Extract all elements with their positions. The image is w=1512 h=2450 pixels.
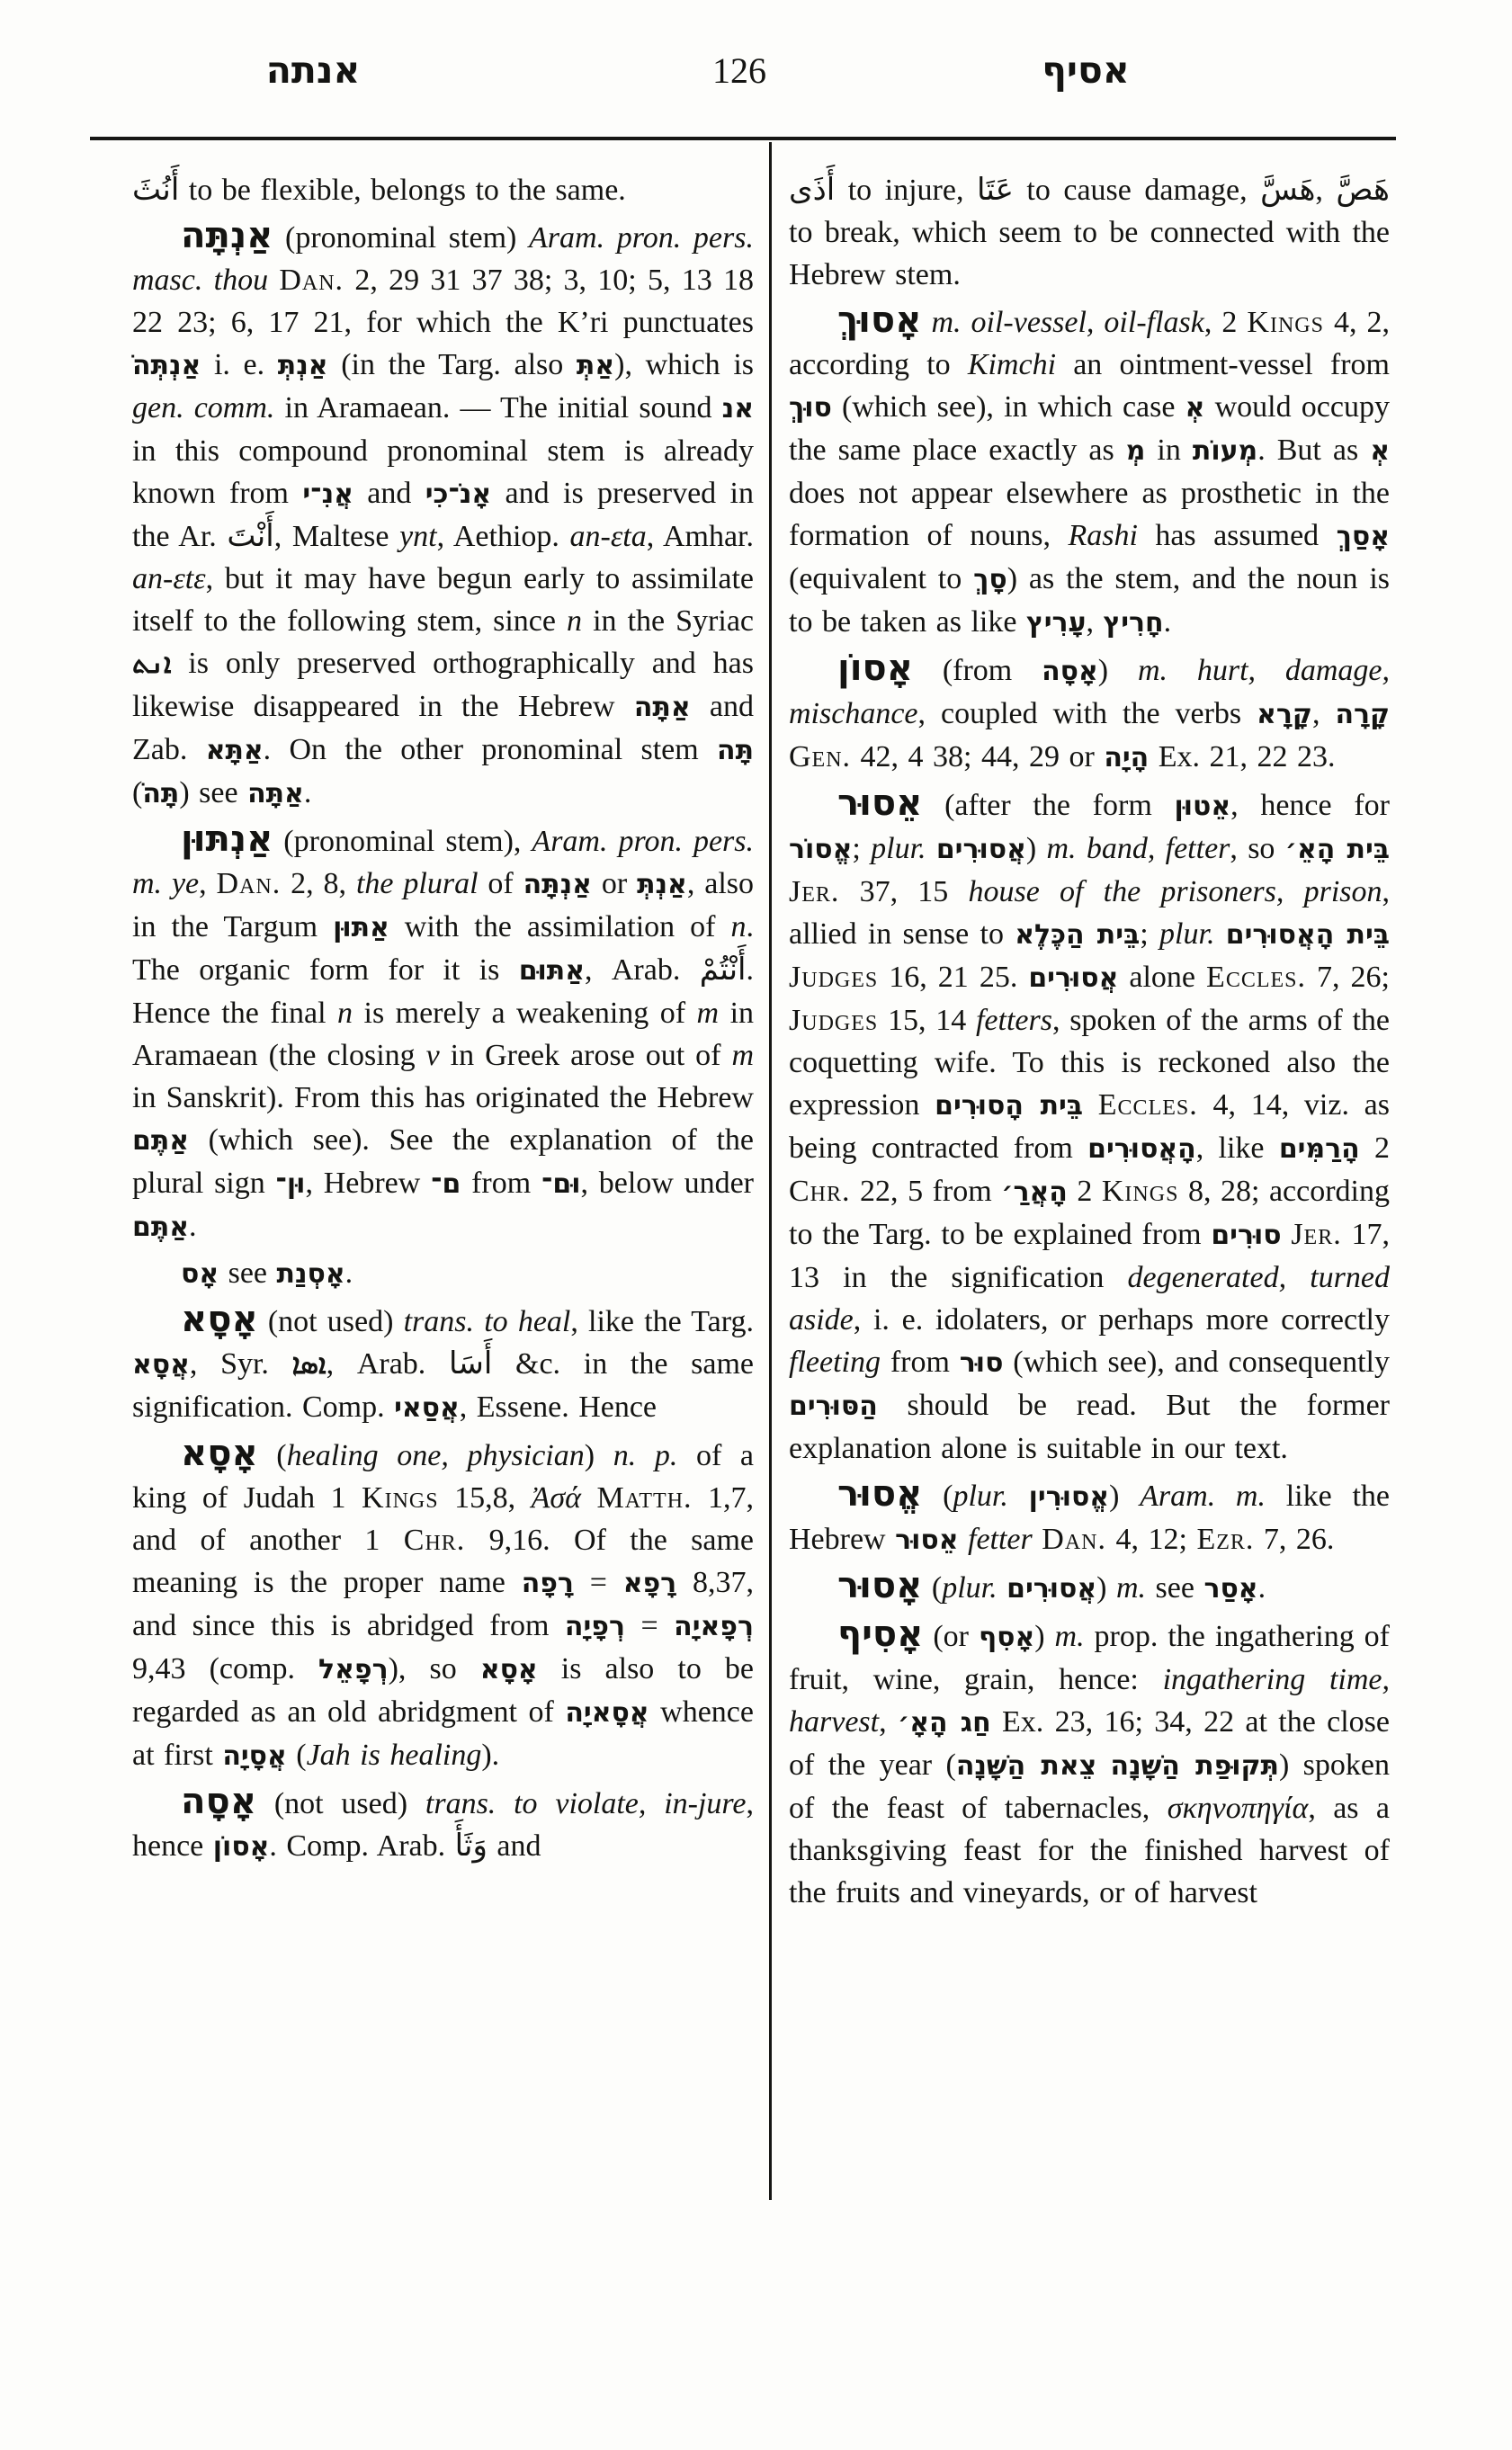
text-run: , xyxy=(879,1705,898,1739)
text-run: ; xyxy=(852,832,871,865)
hebrew-headword: אָסוֹן xyxy=(837,648,913,689)
hebrew-headword: אָסִיף xyxy=(837,1614,923,1655)
hebrew-text: תְּקוּפַת הַשָּׁנָה xyxy=(1111,1750,1279,1782)
hebrew-text: רָפָא xyxy=(623,1568,676,1599)
italic-text: an-εta xyxy=(570,520,647,553)
bible-reference: Kings xyxy=(362,1481,439,1515)
text-run: ) see xyxy=(179,776,247,809)
italic-text: Rashi xyxy=(1068,519,1137,552)
italic-text: Kimchi xyxy=(968,348,1056,381)
italic-text: fetters xyxy=(976,1004,1052,1037)
text-run: in Greek arose out of xyxy=(440,1039,732,1072)
text-run xyxy=(1008,1480,1029,1513)
text-run: in Sanskrit). From this has originated t… xyxy=(132,1081,754,1114)
text-run: , Aethiop. xyxy=(437,520,570,553)
hebrew-text: אַנְתָּה xyxy=(523,869,592,900)
text-run: (not used) xyxy=(258,1305,404,1338)
text-run: . xyxy=(304,776,312,809)
text-run: , Syr. xyxy=(190,1347,292,1381)
text-run: . xyxy=(345,1256,353,1290)
italic-text: m. xyxy=(1055,1620,1085,1653)
hebrew-text: אַתָּה xyxy=(247,778,304,809)
dictionary-entry: אַנְתּוּן (pronominal stem), Aram. pron.… xyxy=(132,818,754,1248)
bible-reference: Eccles. xyxy=(1098,1088,1198,1122)
hebrew-text: רָפָה xyxy=(522,1568,574,1599)
hebrew-text: אַנְתְּ xyxy=(278,350,328,381)
text-run: ). xyxy=(481,1739,499,1772)
hebrew-text: אָסַר xyxy=(1203,1573,1257,1605)
text-run: an ointment-vessel from xyxy=(1056,348,1390,381)
hebrew-text: קָרָה xyxy=(1335,699,1390,730)
dictionary-entry: אָסוֹן (from אָסָה) m. hurt, damage, mis… xyxy=(789,648,1390,779)
hebrew-text: אְ xyxy=(1185,392,1205,424)
italic-text: plur. xyxy=(953,1480,1007,1513)
syriac-text: ܐܣܐ xyxy=(292,1349,327,1381)
text-run: , Essene. Hence xyxy=(460,1390,657,1424)
bible-reference: Dan. xyxy=(279,264,344,297)
hebrew-text: אָס xyxy=(181,1258,219,1290)
column-divider xyxy=(769,142,772,2200)
bible-reference: Kings xyxy=(1247,306,1324,339)
text-run: 37, 15 xyxy=(839,875,968,908)
text-run: , xyxy=(1315,174,1336,207)
text-run: and xyxy=(353,477,425,510)
hebrew-headword: אָסָא xyxy=(181,1433,258,1474)
arabic-text: أَنُثَ xyxy=(132,172,179,208)
hebrew-text: אֱסוֹר xyxy=(789,834,852,865)
bible-reference: Judges xyxy=(789,1004,878,1037)
bible-reference: Kings xyxy=(1102,1175,1179,1208)
hebrew-text: אֲסַאי xyxy=(394,1392,460,1424)
arabic-text: هَسَّ xyxy=(1260,172,1315,208)
hebrew-text: חָרִיץ xyxy=(1103,607,1163,639)
running-head-right: אסיף xyxy=(991,43,1180,97)
hebrew-text: הָרַמִּים xyxy=(1279,1133,1360,1165)
italic-text: healing one, physician xyxy=(287,1439,585,1472)
dictionary-entry: אַנְתָּה (pronominal stem) Aram. pron. p… xyxy=(132,215,754,815)
text-run: ) xyxy=(1098,654,1138,687)
hebrew-text: אָסַךְ xyxy=(1337,521,1390,552)
greek-text: Ἀσά xyxy=(532,1481,581,1515)
italic-text: trans. to violate, in-jure xyxy=(425,1787,747,1820)
hebrew-text: אֲסוּרִים xyxy=(936,834,1026,865)
text-run: ( xyxy=(132,776,142,809)
italic-text: fetter xyxy=(968,1523,1033,1556)
bible-reference: Eccles. xyxy=(1206,961,1306,994)
text-run: . Comp. Arab. xyxy=(269,1829,454,1863)
text-run: see xyxy=(1146,1571,1203,1605)
hebrew-text: וּן־ xyxy=(276,1168,306,1200)
hebrew-text: הָיָה xyxy=(1104,742,1149,773)
italic-text: m. oil-vessel, oil-flask xyxy=(931,306,1203,339)
hebrew-text: רְפָיָה xyxy=(565,1611,625,1642)
text-run: alone xyxy=(1118,961,1206,994)
hebrew-text: קָרָא xyxy=(1257,699,1312,730)
italic-text: ν xyxy=(426,1039,440,1072)
text-run: ) xyxy=(585,1439,613,1472)
syriac-text: ܐܢܬ xyxy=(132,648,171,680)
text-run: 2 xyxy=(1360,1131,1390,1165)
text-run: should be read. But the former explanati… xyxy=(789,1389,1390,1465)
dictionary-entry: אָס see אָסְנַת. xyxy=(132,1252,754,1295)
greek-text: σκηνοπηγία xyxy=(1168,1792,1309,1825)
italic-text: plur. xyxy=(1159,917,1214,951)
text-run: ( xyxy=(922,1480,953,1513)
text-run: (which see), in which case xyxy=(832,390,1185,424)
bible-reference: Dan. xyxy=(1042,1523,1106,1556)
text-run: , so xyxy=(1230,832,1284,865)
text-run: . xyxy=(1258,1571,1266,1605)
hebrew-text: אֱסוּרִין xyxy=(1029,1481,1109,1513)
hebrew-text: בֵּית הַכֶּלֶא xyxy=(1015,919,1140,951)
italic-text: m. band, fetter xyxy=(1046,832,1230,865)
hebrew-headword: אָסוּר xyxy=(837,1565,922,1606)
bible-reference: Jer. xyxy=(1291,1218,1341,1251)
text-run: in xyxy=(1145,434,1193,467)
text-run: (from xyxy=(913,654,1042,687)
text-run: 22, 5 from xyxy=(851,1175,1002,1208)
text-run xyxy=(1033,1523,1042,1556)
hebrew-text: אְ xyxy=(1370,435,1390,467)
text-run: , below under xyxy=(580,1167,754,1200)
arabic-text: أَسَا xyxy=(449,1346,492,1381)
text-run: to be flexible, belongs to the same. xyxy=(179,174,626,207)
hebrew-text: אֵטוּן xyxy=(1175,791,1231,822)
text-run: . But as xyxy=(1257,434,1370,467)
text-run: = xyxy=(574,1566,623,1599)
italic-text: n xyxy=(567,604,582,638)
text-run: , 2 xyxy=(1204,306,1248,339)
text-run: 42, 4 38; 44, 29 or xyxy=(851,740,1104,773)
bible-reference: Jer. xyxy=(789,875,839,908)
text-run: see xyxy=(219,1256,276,1290)
text-run: to cause damage, xyxy=(1014,174,1260,207)
hebrew-headword: אָסָה xyxy=(181,1781,256,1822)
hebrew-headword: אֵסוּר xyxy=(837,782,922,824)
text-run: (in the Targ. also xyxy=(328,348,577,381)
text-run: = xyxy=(625,1609,674,1642)
text-run: , coupled with the verbs xyxy=(918,697,1257,730)
text-run: . xyxy=(1164,605,1172,639)
text-run: ) xyxy=(1034,1620,1054,1653)
text-run: (after the form xyxy=(922,789,1174,822)
text-run: , i. e. idolaters, or perhaps more corre… xyxy=(854,1303,1390,1337)
italic-text: m xyxy=(731,1039,754,1072)
hebrew-text: תָּה xyxy=(717,735,754,766)
bible-reference: Chr. xyxy=(789,1175,851,1208)
hebrew-text: אֵסוּר xyxy=(895,1525,958,1556)
text-run: in Aramaean. — The initial sound xyxy=(274,391,721,425)
bible-reference: Dan. xyxy=(217,867,282,900)
dictionary-page: אנתה 126 אסיף أَنُثَ to be flexible, bel… xyxy=(0,0,1512,2450)
hebrew-text: אָסְנַת xyxy=(277,1258,345,1290)
italic-text: m xyxy=(697,997,720,1030)
text-run: i. e. xyxy=(201,348,277,381)
italic-text: Jah is healing xyxy=(307,1739,482,1772)
bible-reference: Ezr. xyxy=(1196,1523,1254,1556)
text-run: 7, 26. xyxy=(1254,1523,1334,1556)
bible-reference: Gen. xyxy=(789,740,851,773)
text-run: 9,43 (comp. xyxy=(132,1652,318,1685)
text-run xyxy=(1282,1218,1292,1251)
hebrew-text: אֲסָא xyxy=(132,1349,190,1381)
hebrew-text: וּם־ xyxy=(541,1168,581,1200)
italic-text: trans. to heal xyxy=(404,1305,571,1338)
text-run xyxy=(581,1481,597,1515)
dictionary-entry: אֱסוּר (plur. אֱסוּרִין) Aram. m. like t… xyxy=(789,1473,1390,1561)
text-run: , xyxy=(1312,697,1335,730)
running-head-left: אנתה xyxy=(223,43,403,97)
italic-text: ynt xyxy=(399,520,437,553)
arabic-text: هَصَّ xyxy=(1336,172,1390,208)
hebrew-text: אַנְתְּהֹ xyxy=(132,350,201,381)
italic-text: gen. comm. xyxy=(132,391,274,425)
text-run: , xyxy=(1086,605,1103,639)
italic-text: n xyxy=(337,997,353,1030)
hebrew-text: צֵאת הַשָּׁנָה xyxy=(956,1750,1096,1782)
continued-paragraph: أَنُثَ to be flexible, belongs to the sa… xyxy=(132,169,754,211)
text-run xyxy=(998,1571,1007,1605)
bible-reference: Chr. xyxy=(404,1524,466,1557)
hebrew-text: הָאֲרַ׳ xyxy=(1001,1176,1068,1208)
text-run: is merely a weakening of xyxy=(353,997,697,1030)
text-run: with the assimilation of xyxy=(389,910,731,943)
hebrew-headword: אַנְתּוּן xyxy=(181,818,273,860)
hebrew-text: רְפָאֵל xyxy=(318,1654,389,1685)
text-run: 15,8, xyxy=(439,1481,532,1515)
hebrew-text: אֲנִ־י xyxy=(302,478,353,510)
arabic-text: وَثَأَ xyxy=(455,1828,488,1864)
hebrew-text: אֲסָאיָה xyxy=(565,1697,649,1729)
text-run: to break, which seem to be connected wit… xyxy=(789,216,1390,291)
italic-text: fleeting xyxy=(789,1346,881,1379)
text-run: 2 xyxy=(1068,1175,1102,1208)
dictionary-entry: אָסָא (healing one, physician) n. p. of … xyxy=(132,1433,754,1777)
hebrew-text: אַנְתְּ xyxy=(637,869,687,900)
hebrew-text: סוּר xyxy=(960,1347,1004,1379)
italic-text: house of the prisoners, prison xyxy=(969,875,1382,908)
italic-text: m. xyxy=(1116,1571,1146,1605)
text-run: 16, 21 25. xyxy=(878,961,1028,994)
page-number: 126 xyxy=(667,45,811,97)
text-run: has assumed xyxy=(1138,519,1337,552)
bible-reference: Judges xyxy=(789,961,878,994)
hebrew-text: רְפָאיָה xyxy=(674,1611,754,1642)
hebrew-text: אָסָה xyxy=(1042,656,1098,687)
text-run: , Arab. xyxy=(327,1347,449,1381)
text-run xyxy=(926,832,936,865)
dictionary-entry: אָסִיף (or אָסִף) m. prop. the ingatheri… xyxy=(789,1614,1390,1914)
text-run: from xyxy=(881,1346,960,1379)
text-run: , xyxy=(199,867,216,900)
hebrew-text: סוּךְ xyxy=(789,392,832,424)
text-run: ( xyxy=(287,1739,307,1772)
hebrew-text: הַסּוּרִים xyxy=(789,1390,878,1422)
hebrew-text: אַתֶּם xyxy=(132,1125,189,1157)
text-run: 7, 26; xyxy=(1306,961,1390,994)
text-run: . On the other pronominal stem xyxy=(264,733,717,766)
text-run: 15, 14 xyxy=(878,1004,976,1037)
text-run: (which see), and consequently xyxy=(1003,1346,1390,1379)
text-run: 2, 8, xyxy=(281,867,356,900)
hebrew-text: אֲסוּרִים xyxy=(1007,1573,1096,1605)
hebrew-text: אֲסוּרִים xyxy=(1028,962,1118,994)
arabic-text: أَنْتَ xyxy=(227,518,273,554)
text-run: of xyxy=(479,867,523,900)
hebrew-text: אנ xyxy=(722,393,754,425)
hebrew-text: עָרִיץ xyxy=(1026,607,1086,639)
italic-text: plur. xyxy=(871,832,926,865)
header-rule xyxy=(90,137,1396,140)
text-run: Ex. 21, 22 23. xyxy=(1149,740,1335,773)
italic-text: Aram. m. xyxy=(1140,1480,1266,1513)
hebrew-text: אָנֹ־כִי xyxy=(425,478,491,510)
hebrew-text: תָּהֹ xyxy=(142,778,179,809)
hebrew-text: אָסוֹן xyxy=(213,1831,270,1863)
text-run: . xyxy=(189,1210,197,1243)
text-run: ) xyxy=(1109,1480,1140,1513)
hebrew-text: אַתָּא xyxy=(206,735,264,766)
text-run: in the Syriac xyxy=(582,604,754,638)
text-run: ) xyxy=(1026,832,1047,865)
text-run: and xyxy=(488,1829,541,1863)
italic-text: plur. xyxy=(942,1571,997,1605)
text-run: (pronominal stem), xyxy=(273,825,532,858)
text-run xyxy=(921,306,931,339)
hebrew-text: מְעוֹת xyxy=(1193,435,1257,467)
text-run xyxy=(1096,1748,1110,1782)
text-run: ; xyxy=(1140,917,1159,951)
text-run: (equivalent to xyxy=(789,562,973,595)
hebrew-text: אַתּוּן xyxy=(333,912,389,943)
text-run: ( xyxy=(258,1439,287,1472)
hebrew-text: בֵּית הָאֲסוּרִים xyxy=(1226,919,1390,951)
hebrew-headword: אָסָא xyxy=(181,1299,258,1340)
dictionary-entry: אָסוּר (plur. אֲסוּרִים) m. see אָסַר. xyxy=(789,1565,1390,1610)
hebrew-text: אַתְּ xyxy=(577,350,614,381)
bible-reference: Matth. xyxy=(596,1481,692,1515)
text-run: (not used) xyxy=(256,1787,425,1820)
hebrew-text: אֲסָיָה xyxy=(222,1740,286,1772)
text-run xyxy=(1214,917,1225,951)
dictionary-entry: אָסָה (not used) trans. to violate, in-j… xyxy=(132,1781,754,1868)
text-run: from xyxy=(461,1167,541,1200)
text-run: (or xyxy=(923,1620,979,1653)
left-column: أَنُثَ to be flexible, belongs to the sa… xyxy=(132,169,754,1868)
text-run: ) xyxy=(1096,1571,1116,1605)
hebrew-text: סוּרִים xyxy=(1211,1220,1281,1251)
hebrew-text: אַתָּה xyxy=(634,692,691,723)
text-run: , hence for xyxy=(1230,789,1390,822)
hebrew-text: ם־ xyxy=(431,1168,461,1200)
dictionary-entry: אָסָא (not used) trans. to heal, like th… xyxy=(132,1299,754,1429)
italic-text: an-εtε xyxy=(132,562,206,595)
hebrew-text: הָאֲסוּרִים xyxy=(1087,1133,1196,1165)
hebrew-text: אָסִף xyxy=(979,1622,1034,1653)
right-column: أَذَى to injure, عَتَا to cause damage, … xyxy=(789,169,1390,1914)
hebrew-headword: אַנְתָּה xyxy=(181,215,273,256)
text-run: , like xyxy=(1196,1131,1279,1165)
italic-text: the plural xyxy=(356,867,479,900)
text-run: or xyxy=(592,867,637,900)
text-run: ), which is xyxy=(614,348,754,381)
hebrew-text: אַתֶּם xyxy=(132,1212,189,1243)
hebrew-text: אָסָא xyxy=(480,1654,538,1685)
hebrew-text: חַג הָאָ׳ xyxy=(898,1707,991,1739)
continued-paragraph: أَذَى to injure, عَتَا to cause damage, … xyxy=(789,169,1390,296)
text-run: , Hebrew xyxy=(305,1167,431,1200)
text-run: 4, 12; xyxy=(1106,1523,1196,1556)
text-run: , Maltese xyxy=(274,520,399,553)
text-run xyxy=(959,1523,969,1556)
text-run: ), so xyxy=(389,1652,480,1685)
dictionary-entry: אֵסוּר (after the form אֵטוּן, hence for… xyxy=(789,782,1390,1470)
italic-text: n. p. xyxy=(613,1439,678,1472)
arabic-text: عَتَا xyxy=(977,172,1014,208)
arabic-text: أَنْتُمْ xyxy=(700,952,747,988)
dictionary-entry: אָסוּךְ m. oil-vessel, oil-flask, 2 King… xyxy=(789,300,1390,644)
italic-text: n xyxy=(731,910,747,943)
hebrew-headword: אָסוּךְ xyxy=(837,300,921,341)
text-run: ( xyxy=(922,1571,942,1605)
hebrew-text: מְ xyxy=(1126,435,1146,467)
text-run: (pronominal stem) xyxy=(273,221,529,255)
text-run xyxy=(1083,1088,1098,1122)
arabic-text: أَذَى xyxy=(789,172,835,208)
text-run: , Arab. xyxy=(585,953,700,987)
hebrew-text: סָךְ xyxy=(973,564,1007,595)
text-run: , like the Targ. xyxy=(570,1305,754,1338)
text-run: , Amhar. xyxy=(647,520,754,553)
hebrew-text: בֵּית הָאֵ׳ xyxy=(1285,834,1390,865)
hebrew-headword: אֱסוּר xyxy=(837,1473,922,1515)
hebrew-text: בֵּית הָסוּרִים xyxy=(935,1090,1083,1122)
hebrew-text: אַתּוּם xyxy=(519,955,585,987)
text-run: to injure, xyxy=(835,174,977,207)
